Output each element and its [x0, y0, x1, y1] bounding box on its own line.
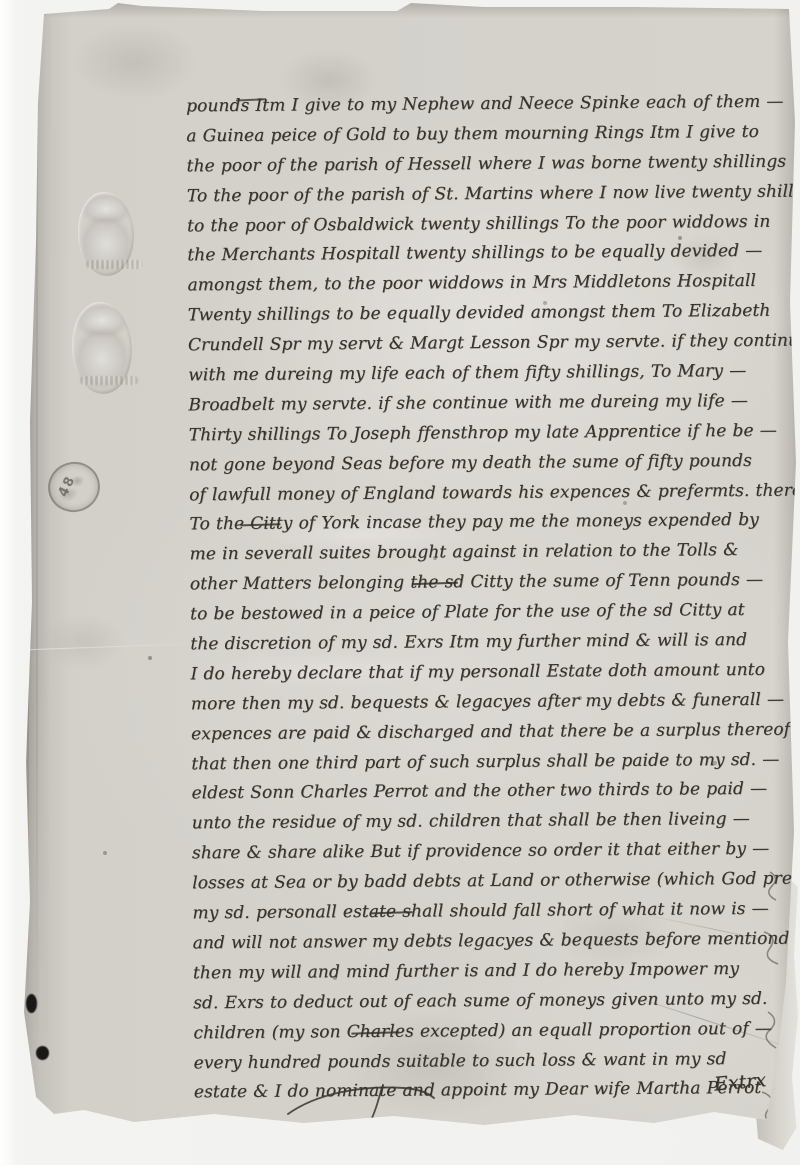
manuscript-line: the discretion of my sd. Exrs Itm my fur…: [190, 626, 790, 661]
manuscript-line: unto the residue of my sd. children that…: [192, 805, 792, 840]
manuscript-line: a Guinea peice of Gold to buy them mourn…: [186, 118, 786, 153]
edge-dark-blob: [26, 994, 37, 1013]
manuscript-line: every hundred pounds suitable to such lo…: [194, 1044, 794, 1079]
manuscript-line: to be bestowed in a peice of Plate for t…: [190, 596, 790, 631]
strikeout-mark: [351, 1031, 399, 1034]
manuscript-line: with me dureing my life each of them fif…: [188, 357, 788, 392]
manuscript-line: I do hereby declare that if my personall…: [190, 656, 790, 691]
manuscript-line: Thirty shillings To Joseph ffensthrop my…: [189, 416, 789, 451]
page-mark-flourish: [282, 1078, 442, 1140]
strikeout-mark: [236, 98, 266, 101]
manuscript-line: To the Citty of York incase they pay me …: [189, 506, 789, 541]
embossed-seal-bottom-text-band: [80, 376, 138, 385]
strikeout-mark: [240, 524, 280, 527]
embossed-seal-top-text-band: [86, 260, 142, 269]
manuscript-line: Broadbelt my servte. if she continue wit…: [188, 387, 788, 422]
ink-specks: [14, 2, 16, 4]
manuscript-line: sd. Exrs to deduct out of each sume of m…: [193, 984, 793, 1019]
scanned-document: 48 pounds Itm I give to my Nephew and Ne…: [0, 0, 800, 1165]
manuscript-line: not gone beyond Seas before my death the…: [189, 446, 789, 481]
manuscript-line: Twenty shillings to be equally devided a…: [188, 297, 788, 332]
edge-dark-blob: [36, 1046, 49, 1060]
binding-gutter-edges: [14, 2, 50, 1152]
manuscript-line: amongst them, to the poor widdows in Mrs…: [187, 267, 787, 302]
manuscript-text: pounds Itm I give to my Nephew and Neece…: [186, 88, 794, 1109]
manuscript-line: other Matters belonging the sd Citty the…: [190, 566, 790, 601]
manuscript-line: Crundell Spr my servt & Margt Lesson Spr…: [188, 327, 788, 362]
strikeout-mark: [370, 911, 412, 914]
manuscript-line: share & share alike But if providence so…: [192, 835, 792, 870]
manuscript-line: eldest Sonn Charles Perrot and the other…: [191, 775, 791, 810]
manuscript-line: then my will and mind further is and I d…: [193, 954, 793, 989]
manuscript-line: more then my sd. bequests & legacyes aft…: [191, 685, 791, 720]
ink-stamp: 48: [42, 456, 106, 518]
strikeout-mark: [412, 582, 458, 585]
manuscript-line: the poor of the parish of Hessell where …: [186, 147, 786, 182]
manuscript-line: to the poor of Osbaldwick twenty shillin…: [187, 207, 787, 242]
manuscript-line: my sd. personall estate shall should fal…: [192, 895, 792, 930]
paper-crease: [24, 643, 214, 651]
manuscript-line: To the poor of the parish of St. Martins…: [187, 177, 787, 212]
manuscript-line: the Merchants Hospitall twenty shillings…: [187, 237, 787, 272]
manuscript-line: of lawfull money of England towards his …: [189, 476, 789, 511]
manuscript-line: me in severall suites brought against in…: [190, 536, 790, 571]
manuscript-page: 48 pounds Itm I give to my Nephew and Ne…: [14, 2, 796, 1152]
manuscript-line: that then one third part of such surplus…: [191, 745, 791, 780]
manuscript-line: losses at Sea or by badd debts at Land o…: [192, 865, 792, 900]
ink-stamp-text: 48: [56, 473, 79, 499]
manuscript-line: pounds Itm I give to my Nephew and Neece…: [186, 88, 786, 123]
manuscript-line: and will not answer my debts legacyes & …: [193, 925, 793, 960]
manuscript-line: expences are paid & discharged and that …: [191, 715, 791, 750]
